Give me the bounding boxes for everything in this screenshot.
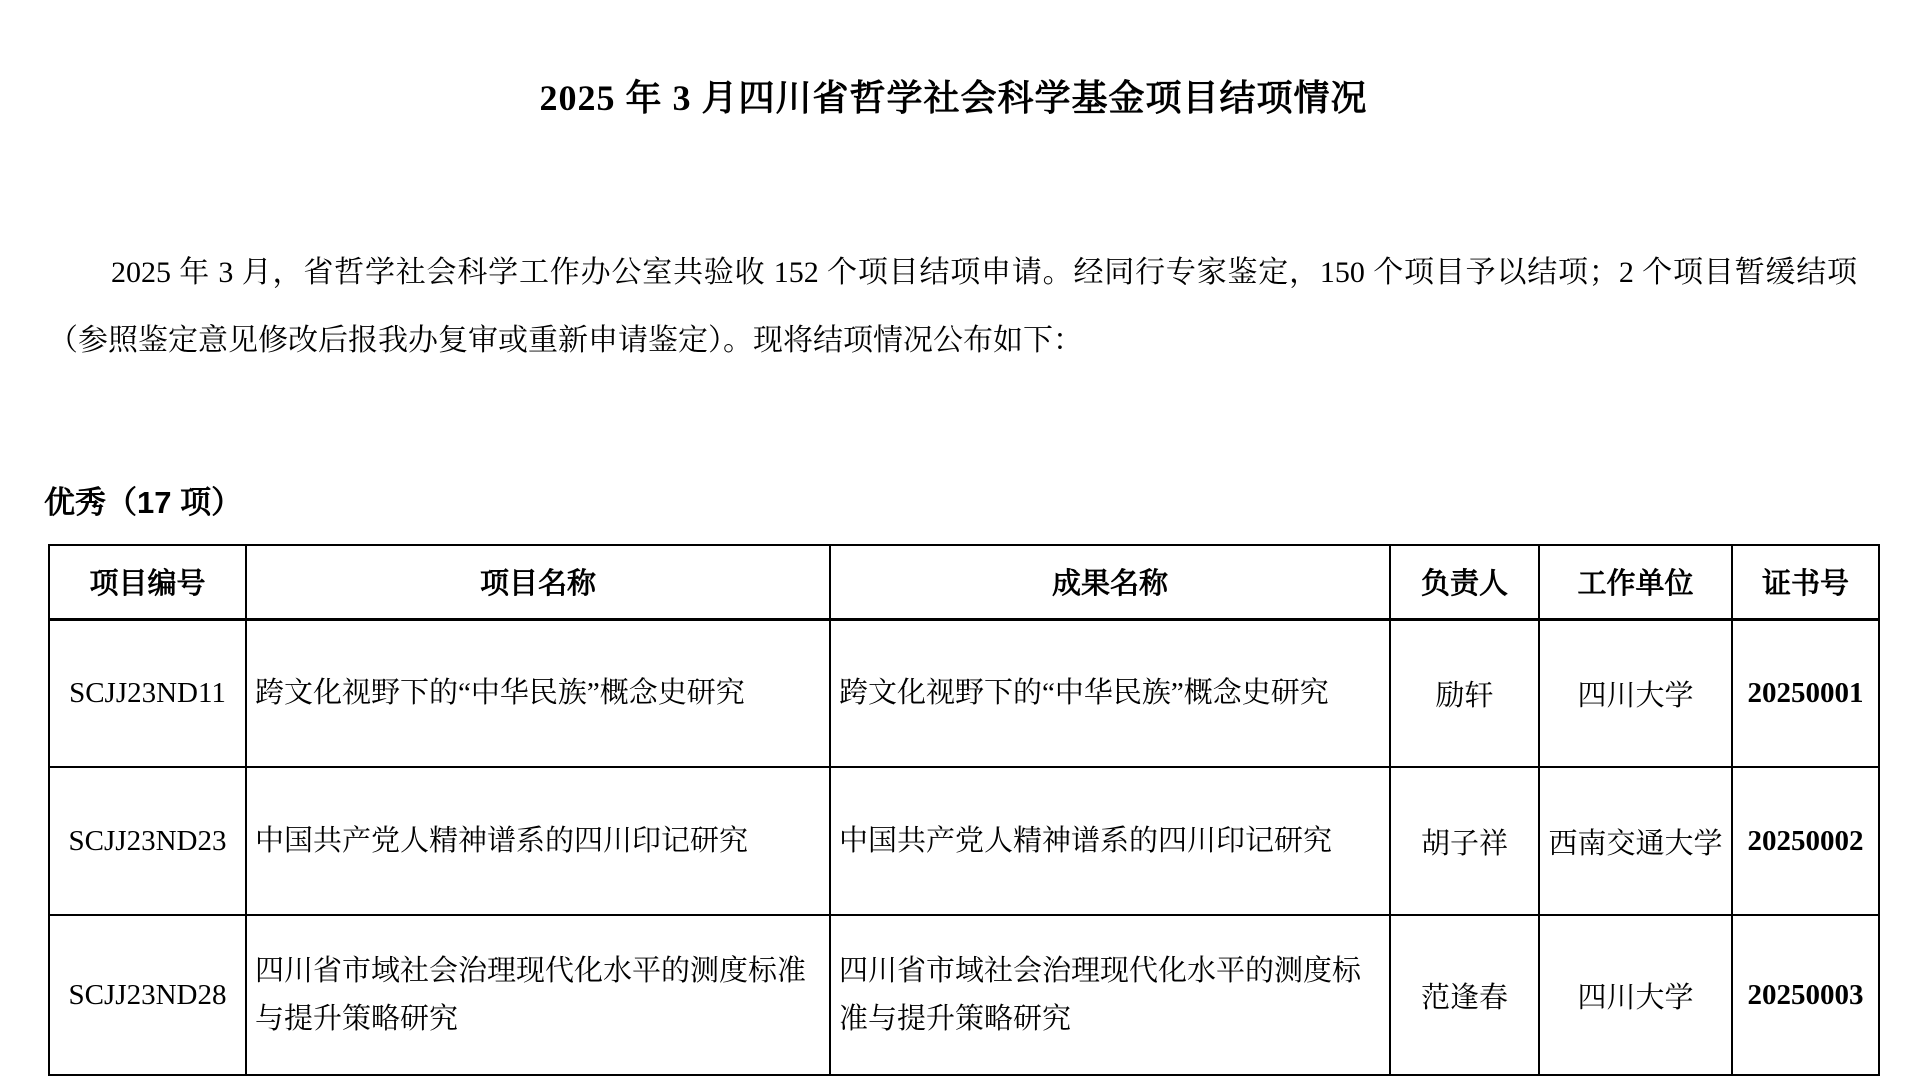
project-name-cell: 中国共产党人精神谱系的四川印记研究: [246, 767, 830, 915]
intro-paragraph: 2025 年 3 月，省哲学社会科学工作办公室共验收 152 个项目结项申请。经…: [48, 239, 1857, 375]
table-row: SCJJ23ND11 跨文化视野下的“中华民族”概念史研究 跨文化视野下的“中华…: [49, 619, 1879, 767]
document-page: 2025 年 3 月四川省哲学社会科学基金项目结项情况 2025 年 3 月，省…: [0, 0, 1907, 1086]
certificate-cell: 20250002: [1732, 767, 1879, 915]
project-name-cell: 四川省市域社会治理现代化水平的测度标准与提升策略研究: [246, 915, 830, 1075]
leader-cell: 胡子祥: [1390, 767, 1539, 915]
column-header-project-code: 项目编号: [49, 545, 246, 619]
project-code-cell: SCJJ23ND28: [49, 915, 246, 1075]
column-header-result-name: 成果名称: [830, 545, 1390, 619]
leader-cell: 范逢春: [1390, 915, 1539, 1075]
section-heading-excellent: 优秀（17 项）: [44, 477, 1907, 522]
column-header-organization: 工作单位: [1539, 545, 1732, 619]
project-name-cell: 跨文化视野下的“中华民族”概念史研究: [246, 619, 830, 767]
result-name-cell: 四川省市域社会治理现代化水平的测度标准与提升策略研究: [830, 915, 1390, 1075]
page-title: 2025 年 3 月四川省哲学社会科学基金项目结项情况: [0, 0, 1907, 121]
table-row: SCJJ23ND23 中国共产党人精神谱系的四川印记研究 中国共产党人精神谱系的…: [49, 767, 1879, 915]
result-name-cell: 跨文化视野下的“中华民族”概念史研究: [830, 619, 1390, 767]
column-header-certificate: 证书号: [1732, 545, 1879, 619]
certificate-cell: 20250003: [1732, 915, 1879, 1075]
project-code-cell: SCJJ23ND23: [49, 767, 246, 915]
certificate-cell: 20250001: [1732, 619, 1879, 767]
project-code-cell: SCJJ23ND11: [49, 619, 246, 767]
leader-cell: 励轩: [1390, 619, 1539, 767]
organization-cell: 四川大学: [1539, 915, 1732, 1075]
table-header-row: 项目编号 项目名称 成果名称 负责人 工作单位 证书号: [49, 545, 1879, 619]
results-table: 项目编号 项目名称 成果名称 负责人 工作单位 证书号 SCJJ23ND11 跨…: [48, 544, 1880, 1076]
table-row: SCJJ23ND28 四川省市域社会治理现代化水平的测度标准与提升策略研究 四川…: [49, 915, 1879, 1075]
result-name-cell: 中国共产党人精神谱系的四川印记研究: [830, 767, 1390, 915]
column-header-leader: 负责人: [1390, 545, 1539, 619]
column-header-project-name: 项目名称: [246, 545, 830, 619]
organization-cell: 西南交通大学: [1539, 767, 1732, 915]
organization-cell: 四川大学: [1539, 619, 1732, 767]
